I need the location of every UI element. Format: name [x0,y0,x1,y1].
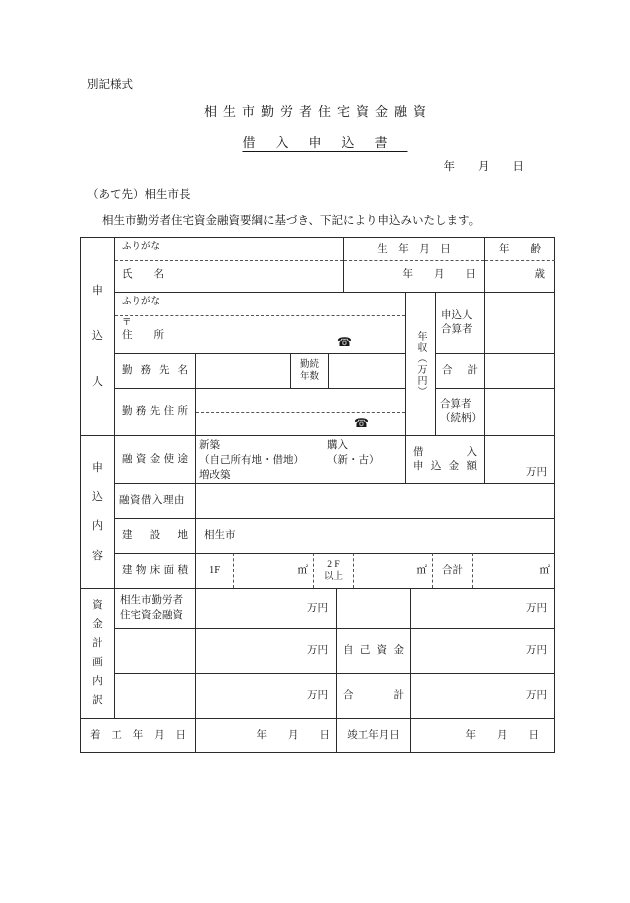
option-new-build-sub: （自己所有地・借地） [199,453,327,468]
amount-unit: 万円 [526,466,547,480]
self-funds-amount-input: 万円 [410,628,555,673]
phone-icon: ☎ [337,336,352,348]
amount-unit: 万円 [196,644,336,658]
tenure-input-area [328,353,405,388]
funding-total-label: 合計 [336,673,410,718]
addressee: （あて先）相生市長 [87,186,191,202]
employer-label: 勤務先名 [114,353,195,388]
address-furigana-label: ふりがな [115,293,405,316]
option-purchase: 購入 [327,438,405,453]
loan-use-options: 新築 （自己所有地・借地） 増改築 購入 （新・古） [195,435,405,483]
age-header: 年 齢 [485,238,555,261]
postal-mark-icon: 〒 [115,316,405,329]
option-new-build: 新築 [199,438,327,453]
funding-row1-amount-input: 万円 [410,588,555,628]
doc-subtitle: 借入申込書 [0,132,630,151]
document-page: 別記様式 相生市勤労者住宅資金融資 借入申込書 年 月 日 （あて先）相生市長 … [0,0,630,903]
loan-amount-input-area: 万円 [484,435,555,483]
employer-address-input-area: ☎ [195,388,405,435]
sqm-unit: ㎡ [473,564,555,578]
floor-1f-input: ㎡ [233,553,313,588]
income-vertical-label: 年収（万円） [405,292,435,435]
reason-input-area [195,483,555,518]
cosigner-relation-input-area [484,388,555,435]
funding-source-label: 相生市勤労者 住宅資金融資 [114,588,195,628]
site-value-cell: 相生市 [195,518,555,553]
income-total-label: 合計 [435,353,484,388]
funding-row1-mid-cell [336,588,410,628]
furigana-label: ふりがな [115,238,343,261]
floor-2f-input: ㎡ [353,553,432,588]
address-label: 住 所 [115,329,405,343]
floor-area-label: 建物床面積 [114,553,195,588]
employer-input-area [195,353,290,388]
floor-total-label: 合計 [432,553,472,588]
cosigner-input-area [484,292,555,353]
floor-2f-label: 2 F 以上 [313,553,353,588]
tenure-label: 勤続 年数 [290,353,328,388]
amount-unit: 万円 [196,689,336,703]
option-purchase-sub: （新・古） [327,453,405,468]
birth-value: 年 月 日 [344,261,484,282]
loan-amount-label: 借入 申込金額 [405,435,484,483]
self-funds-label: 自己資金 [336,628,410,673]
section-label-applicant: 申 込 人 [80,237,114,435]
reason-label: 融資借入理由 [114,483,195,518]
amount-unit: 万円 [411,689,555,703]
date-line: 年 月 日 [444,158,525,174]
birth-cell: 生 年 月 日 年 月 日 [343,237,484,292]
age-unit: 歳 [485,261,555,282]
employer-address-label: 勤務先住所 [114,388,195,435]
doc-title: 相生市勤労者住宅資金融資 [0,101,630,120]
floor-total-input: ㎡ [472,553,555,588]
cosigner-label-cell: 申込人 合算者 [435,292,484,353]
name-label: 氏 名 [115,261,343,282]
floor-1f-label: 1F [195,553,233,588]
sqm-unit: ㎡ [354,564,432,578]
intro-line: 相生市勤労者住宅資金融資要綱に基づき、下記により申込みいたします。 [102,212,480,228]
schedule-start-value: 年 月 日 [195,718,336,753]
section-label-application: 申 込 内 容 [80,435,114,588]
funding-row3-amount-input: 万円 [195,673,336,718]
address-cell: ふりがな 〒 住 所 ☎ [114,292,405,353]
loan-application-table: 申 込 人 ふりがな 氏 名 生 年 月 日 年 月 日 年 齢 歳 ふりがな … [80,237,555,753]
amount-unit: 万円 [196,602,336,616]
site-value: 相生市 [196,529,555,543]
funding-row3-label-cell [114,673,195,718]
schedule-end-value: 年 月 日 [410,718,555,753]
funding-row2-label-cell [114,628,195,673]
amount-unit: 万円 [411,602,555,616]
funding-total-amount-input: 万円 [410,673,555,718]
section-label-funding: 資 金 計 画 内 訳 [80,588,114,718]
schedule-start-label: 着工年月日 [80,718,195,753]
option-renovation: 増改築 [199,468,327,483]
sqm-unit: ㎡ [234,564,313,578]
amount-unit: 万円 [411,644,555,658]
loan-use-label: 融資金使途 [114,435,195,483]
funding-source-amount-input: 万円 [195,588,336,628]
cosigner-relation-label: 合算者 （続柄） [435,388,484,435]
schedule-end-label: 竣工年月日 [336,718,410,753]
age-cell: 年 齢 歳 [484,237,555,292]
phone-icon: ☎ [354,417,369,429]
name-cell: ふりがな 氏 名 [114,237,343,292]
form-note: 別記様式 [87,76,133,92]
income-total-input-area [484,353,555,388]
site-label: 建設地 [114,518,195,553]
funding-row2-amount-input: 万円 [195,628,336,673]
birth-header: 生 年 月 日 [344,238,484,261]
